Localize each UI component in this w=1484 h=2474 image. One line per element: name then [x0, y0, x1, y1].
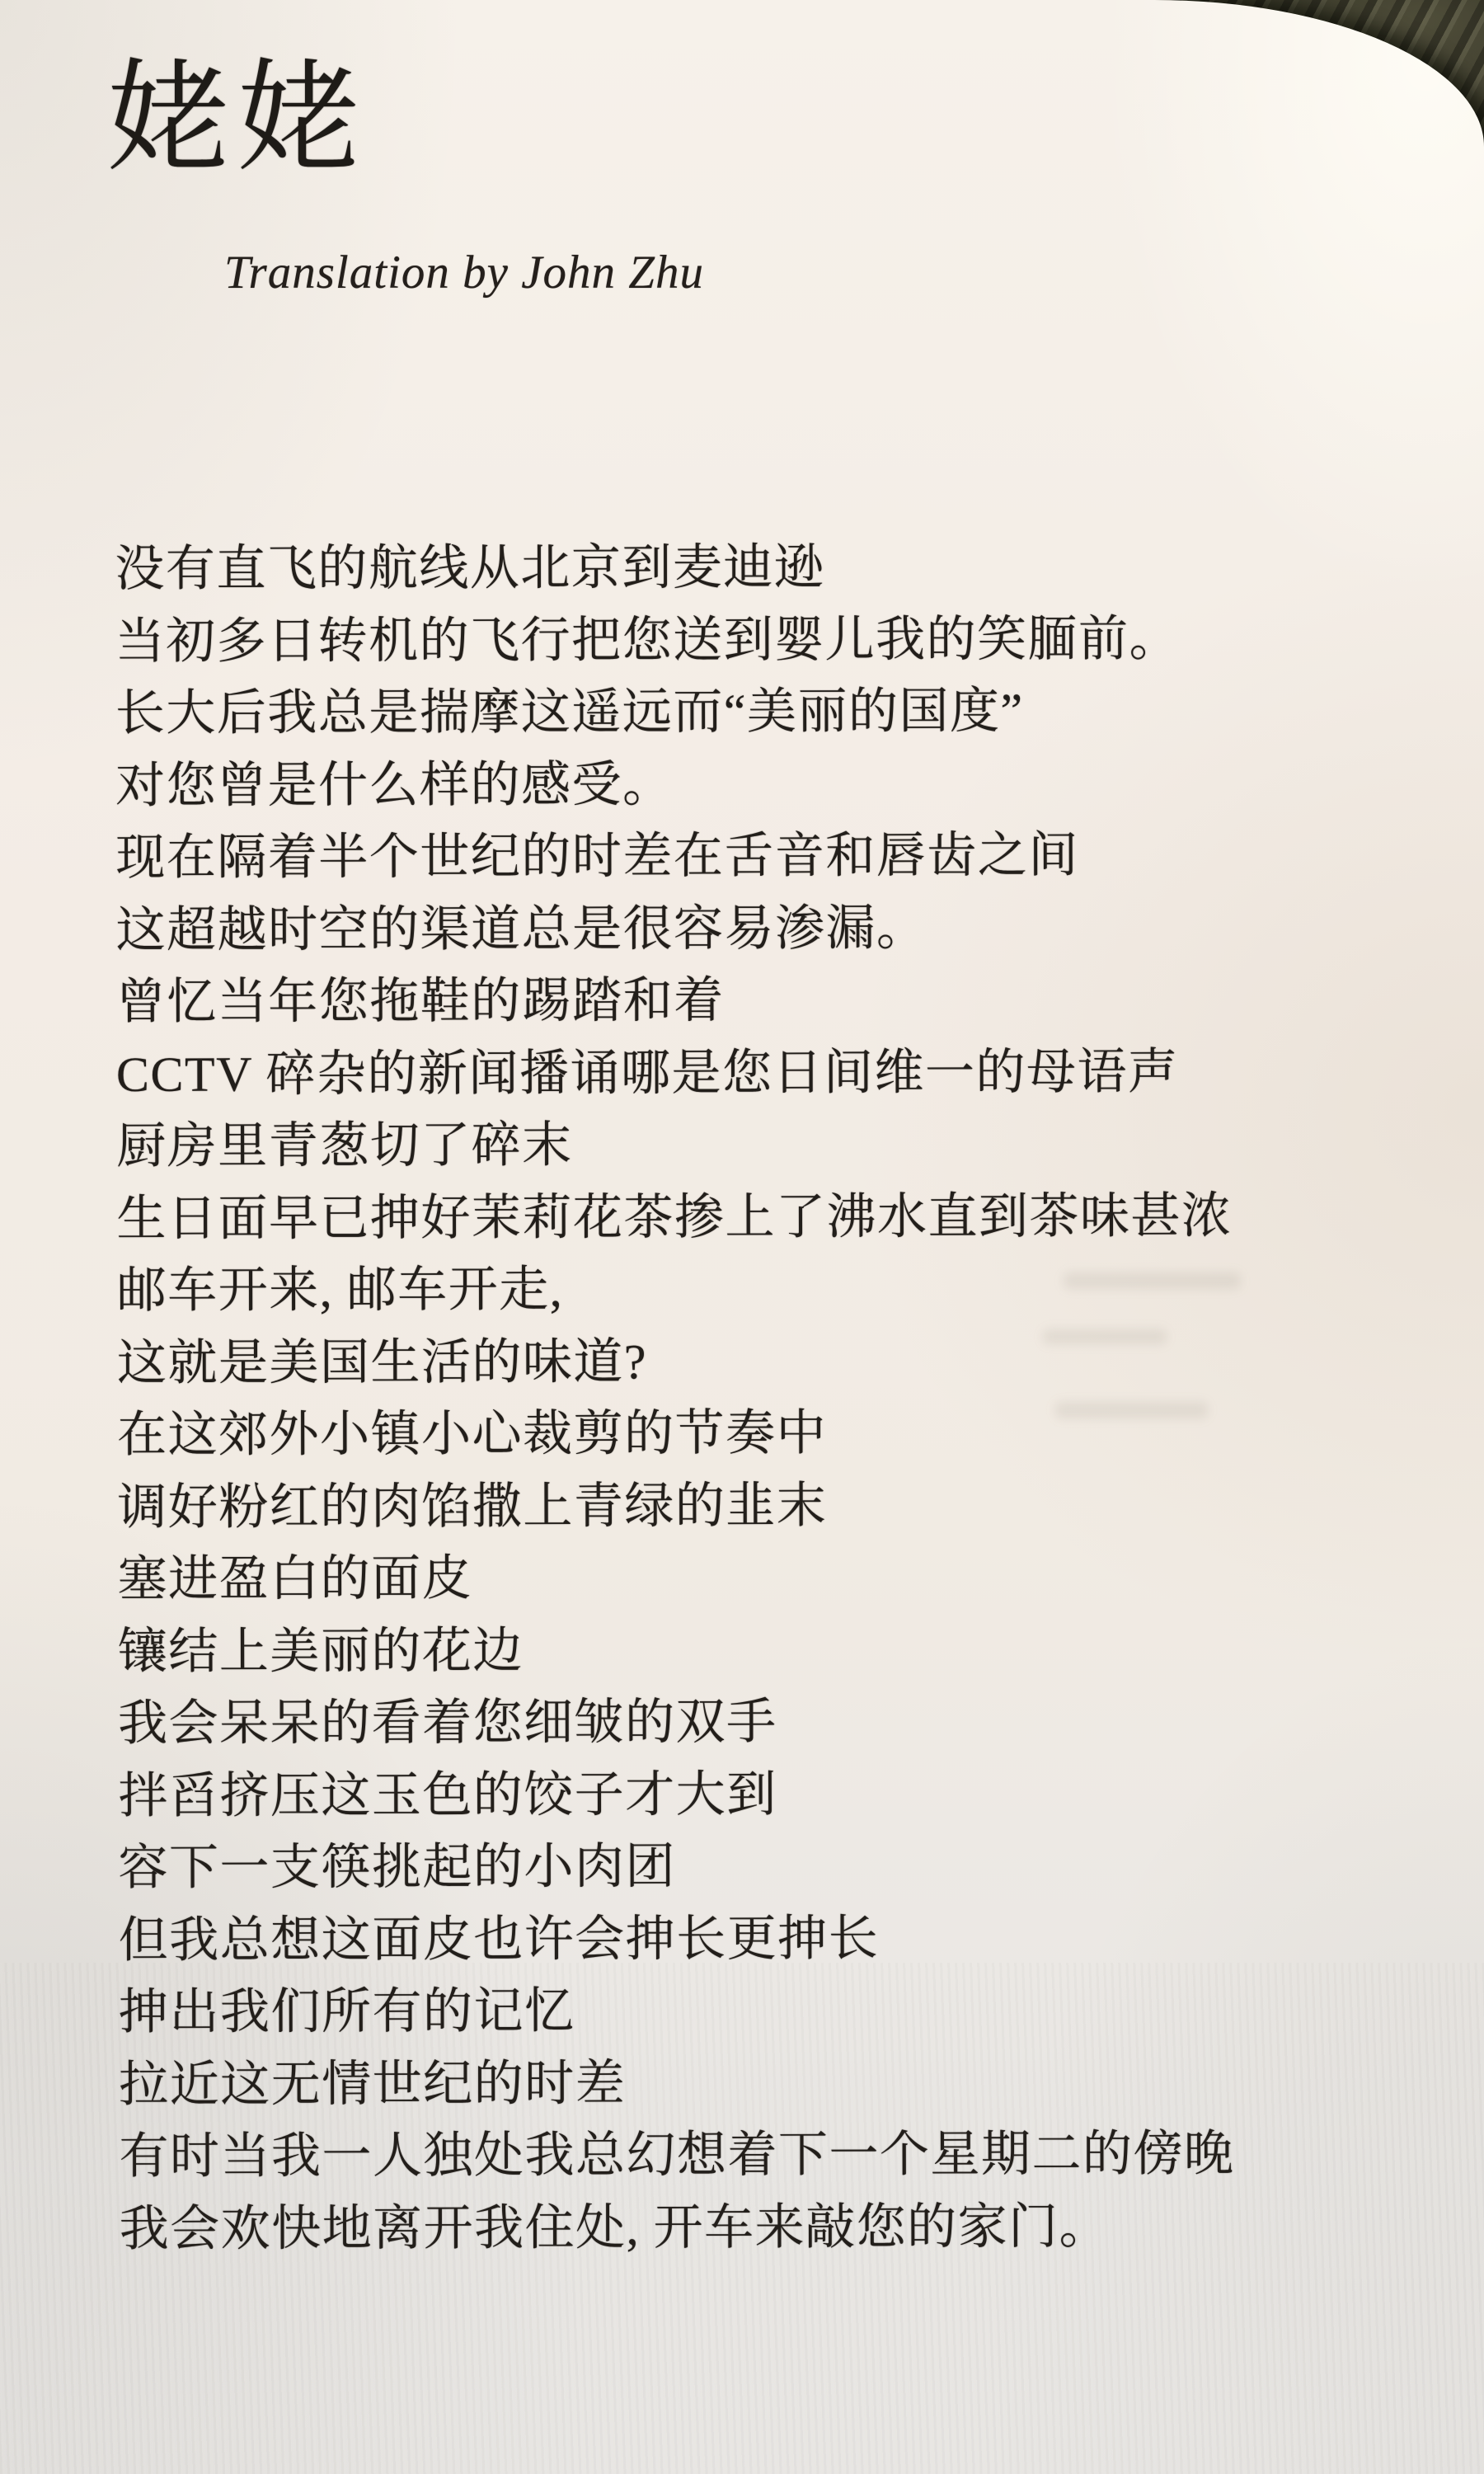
poem-line: 但我总想这面皮也许会抻长更抻长: [119, 1902, 1339, 1977]
ink-bleedthrough-smudge: [1055, 1402, 1208, 1418]
book-page: 姥姥 Translation by John Zhu 没有直飞的航线从北京到麦迪…: [0, 0, 1484, 2474]
poem-line: 现在隔着半个世纪的时差在舌音和唇齿之间: [115, 819, 1336, 894]
poem-line: 这超越时空的渠道总是很容易渗漏。: [115, 891, 1336, 967]
ink-bleedthrough-smudge: [1064, 1272, 1241, 1289]
poem-line: 邮车开来, 邮车开走,: [117, 1252, 1337, 1327]
poem-line: 拉近这无情世纪的时差: [119, 2046, 1339, 2121]
poem-line: 长大后我总是揣摩这遥远而“美丽的国度”: [115, 675, 1336, 750]
poem-title: 姥姥: [107, 53, 368, 187]
book-page-photo: 姥姥 Translation by John Zhu 没有直飞的航线从北京到麦迪…: [0, 0, 1484, 2474]
poem-body: 没有直飞的航线从北京到麦迪逊 当初多日转机的飞行把您送到婴儿我的笑腼前。 长大后…: [115, 530, 1339, 2265]
poem-line: 没有直飞的航线从北京到麦迪逊: [115, 530, 1335, 605]
poem-line: 调好粉红的肉馅撒上青绿的韭末: [117, 1469, 1337, 1544]
poem-line: 对您曾是什么样的感受。: [115, 747, 1336, 822]
poem-line: 拌舀挤压这玉色的饺子才大到: [118, 1757, 1338, 1832]
poem-line: CCTV 碎杂的新闻播诵哪是您日间维一的母语声: [116, 1036, 1336, 1111]
poem-line: 塞进盈白的面皮: [117, 1540, 1337, 1616]
poem-line: 我会欢快地离开我住处, 开车来敲您的家门。: [120, 2190, 1340, 2265]
poem-line: 镶结上美丽的花边: [118, 1613, 1338, 1688]
poem-line: 当初多日转机的飞行把您送到婴儿我的笑腼前。: [115, 603, 1335, 678]
translator-credit: Translation by John Zhu: [224, 246, 704, 299]
poem-line: 抻出我们所有的记忆: [119, 1973, 1339, 2048]
poem-line: 容下一支筷挑起的小肉团: [118, 1829, 1338, 1904]
poem-line: 生日面早已抻好茉莉花茶掺上了沸水直到茶味甚浓: [116, 1180, 1336, 1255]
poem-line: 有时当我一人独处我总幻想着下一个星期二的傍晚: [119, 2118, 1339, 2193]
poem-line: 曾忆当年您拖鞋的踢踏和着: [116, 963, 1336, 1038]
poem-line: 厨房里青葱切了碎末: [116, 1108, 1336, 1183]
ink-bleedthrough-smudge: [1043, 1329, 1167, 1344]
poem-line: 我会呆呆的看着您细皱的双手: [118, 1685, 1338, 1760]
